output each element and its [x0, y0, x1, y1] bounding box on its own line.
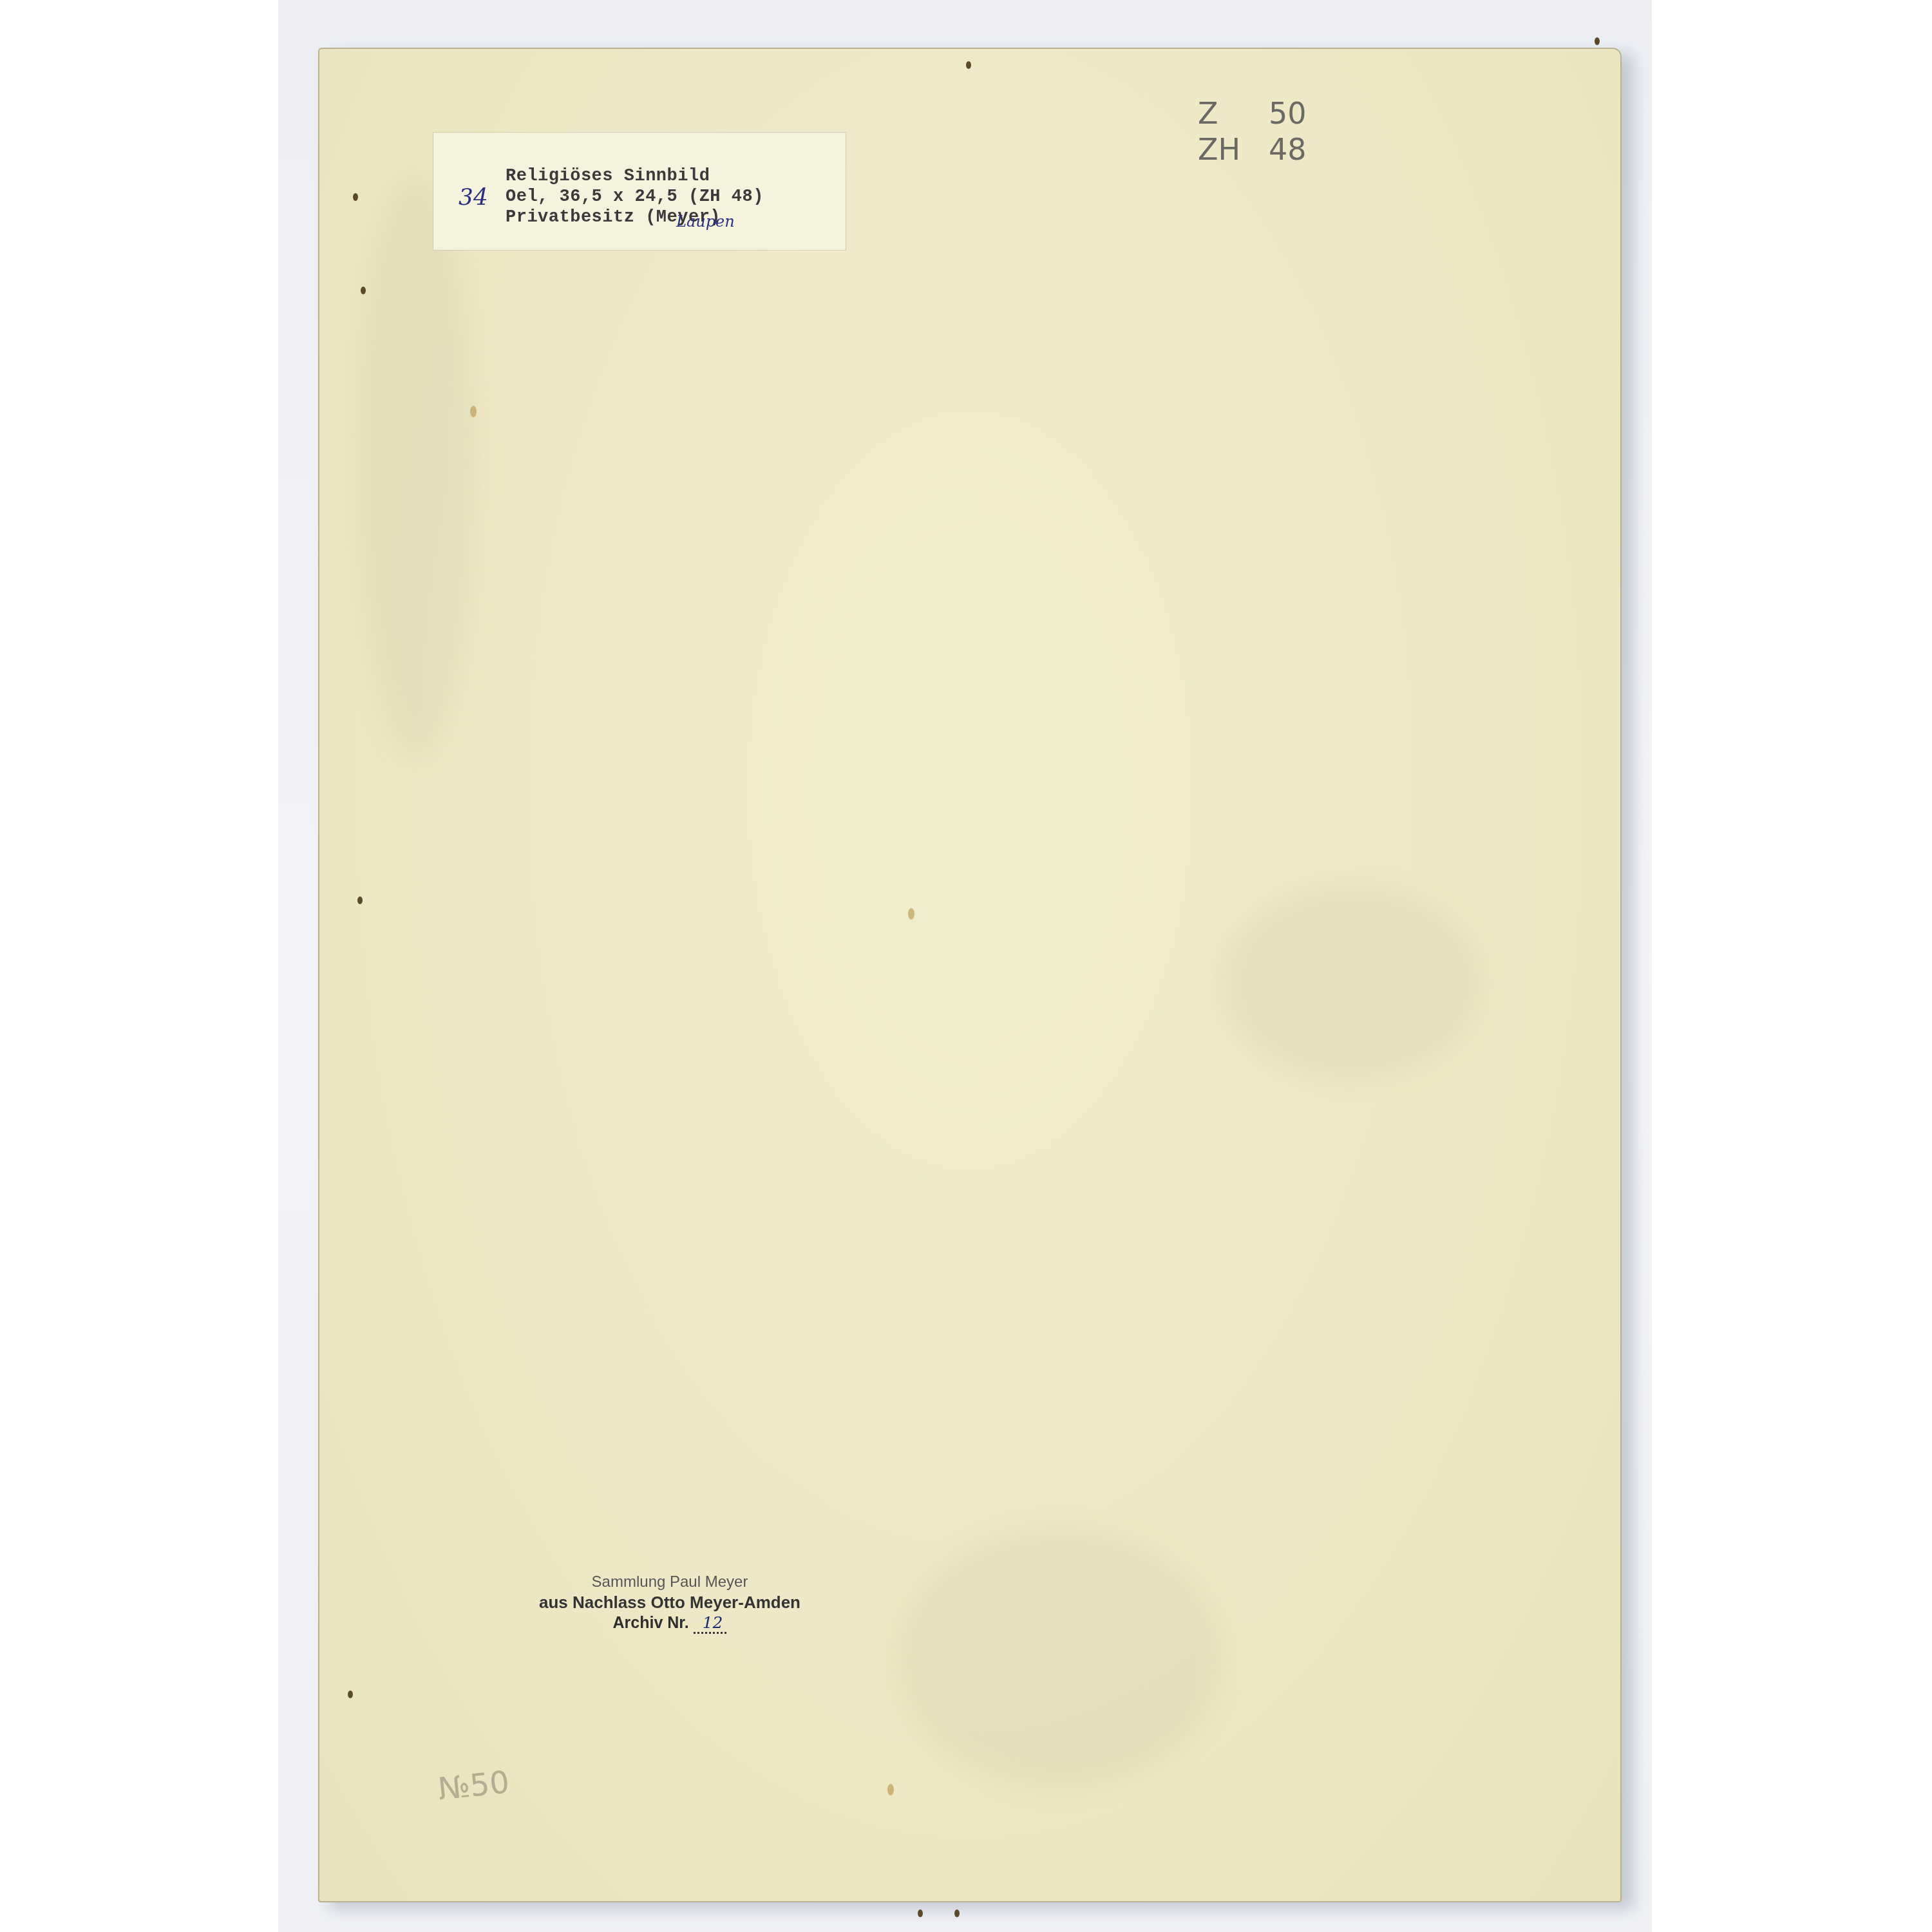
stamp-line-archive: Archiv Nr. 12: [515, 1613, 824, 1633]
foxing-spot: [887, 1784, 894, 1795]
archive-prefix: Archiv Nr.: [613, 1614, 689, 1632]
pin-hole: [954, 1909, 960, 1917]
foxing-spot: [470, 406, 477, 417]
pencil-zh: ZH: [1198, 131, 1269, 167]
pencil-number-bottom: №50: [436, 1764, 511, 1807]
pin-hole: [357, 896, 363, 904]
foxing-spot: [908, 908, 914, 920]
pencil-50: 50: [1269, 95, 1340, 131]
pin-hole: [918, 1909, 923, 1917]
label-medium-size: Oel, 36,5 x 24,5 (ZH 48): [506, 187, 764, 207]
stamp-line-estate: aus Nachlass Otto Meyer-Amden: [515, 1592, 824, 1613]
catalog-number-handwritten: 34: [459, 184, 488, 211]
stain: [358, 178, 474, 757]
stamp-line-collection: Sammlung Paul Meyer: [515, 1573, 824, 1592]
archive-number: 12: [694, 1613, 727, 1634]
pin-hole: [361, 287, 366, 294]
stain: [1221, 886, 1479, 1079]
pencil-z: Z: [1198, 95, 1269, 131]
pin-hole: [966, 61, 971, 69]
pencil-48: 48: [1269, 131, 1340, 167]
handwritten-location: Laupen: [676, 213, 735, 231]
label-title: Religiöses Sinnbild: [506, 166, 764, 187]
pencil-inventory-note: Z50 ZH48: [1198, 95, 1340, 167]
paper-sheet: [318, 48, 1622, 1902]
collection-stamp: Sammlung Paul Meyer aus Nachlass Otto Me…: [515, 1573, 824, 1633]
pin-hole: [353, 193, 358, 201]
pin-hole: [1595, 37, 1600, 45]
stain: [899, 1530, 1221, 1788]
pin-hole: [348, 1690, 353, 1698]
